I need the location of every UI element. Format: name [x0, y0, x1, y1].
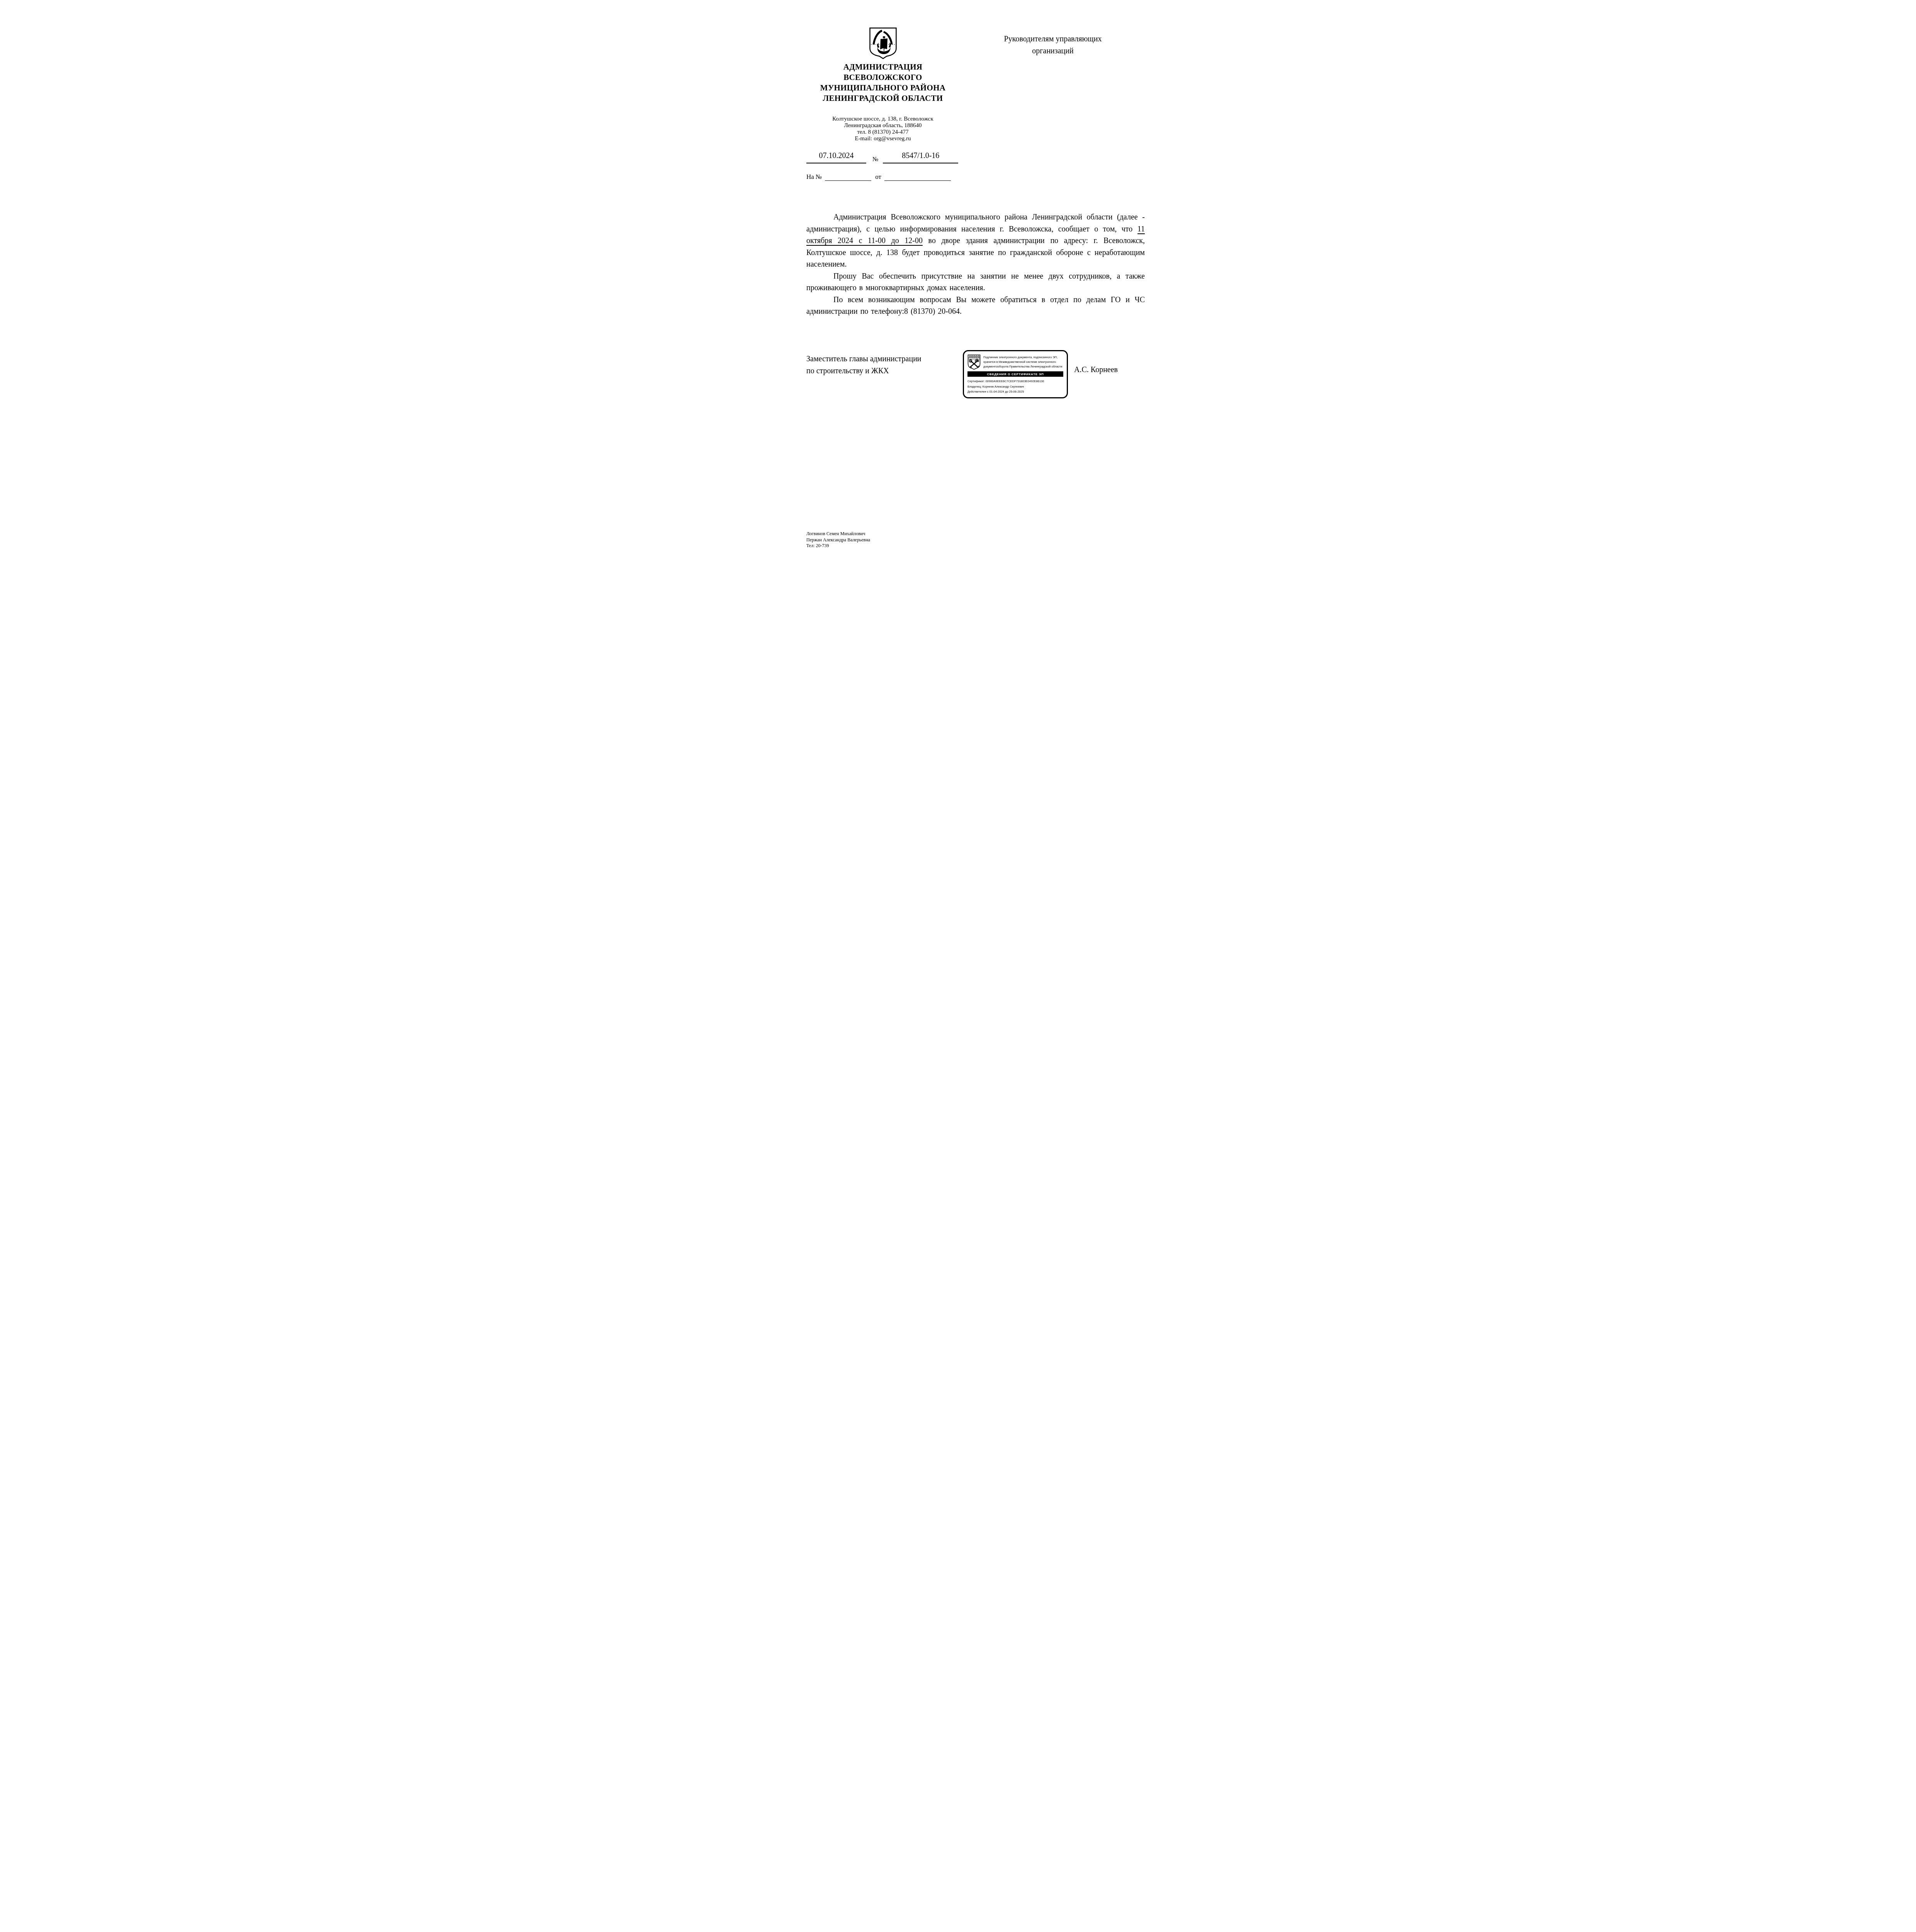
- executor-contacts: Логвинов Семен Михайлович Пержан Алексан…: [806, 531, 870, 549]
- stamp-header-text: Подлинник электронного документа, подпис…: [983, 354, 1062, 369]
- document-page: АДМИНИСТРАЦИЯ ВСЕВОЛОЖСКОГО МУНИЦИПАЛЬНО…: [745, 0, 1171, 602]
- recipient-block: Руководителям управляющих организаций: [975, 33, 1131, 57]
- executor-line: Тел: 20-739: [806, 543, 870, 549]
- address-line: Колтушское шоссе, д. 138, г. Всеволожск: [784, 116, 982, 122]
- org-name-line: ЛЕНИНГРАДСКОЙ ОБЛАСТИ: [784, 93, 982, 104]
- stamp-certificate-bar: СВЕДЕНИЯ О СЕРТИФИКАТЕ ЭП: [967, 371, 1063, 377]
- stamp-owner: Владелец: Корнеев Александр Сергеевич: [967, 384, 1063, 389]
- stamp-header-line: Подлинник электронного документа, подпис…: [983, 355, 1062, 360]
- address-line: Ленинградская область, 188640: [784, 122, 982, 129]
- letter-body: Администрация Всеволожского муниципально…: [806, 211, 1145, 318]
- electronic-signature-stamp: Подлинник электронного документа, подпис…: [963, 350, 1068, 398]
- recipient-line: организаций: [975, 45, 1131, 57]
- vsevolozhsk-coat-of-arms-icon: [869, 27, 897, 60]
- p1-text-before: Администрация Всеволожского муниципально…: [806, 213, 1145, 233]
- executor-line: Логвинов Семен Михайлович: [806, 531, 870, 537]
- signer-title: Заместитель главы администрации по строи…: [806, 353, 972, 377]
- reply-prefix-label: На №: [806, 173, 822, 181]
- org-name-line: ВСЕВОЛОЖСКОГО: [784, 72, 982, 83]
- letter-date: 07.10.2024: [806, 151, 866, 163]
- stamp-header-line: хранится в Межведомственной системе элек…: [983, 360, 1062, 364]
- recipient-line: Руководителям управляющих: [975, 33, 1131, 45]
- reply-reference-row: На № от: [806, 173, 951, 181]
- stamp-top-section: Подлинник электронного документа, подпис…: [967, 354, 1063, 370]
- org-address: Колтушское шоссе, д. 138, г. Всеволожск …: [784, 116, 982, 142]
- signer-title-line: по строительству и ЖКХ: [806, 365, 972, 377]
- org-emblem: [869, 27, 897, 61]
- reply-date-blank: [884, 173, 951, 181]
- reply-from-label: от: [875, 173, 881, 181]
- signer-name: А.С. Корнеев: [1074, 366, 1118, 374]
- stamp-details: Сертификат: 00900A9EEE6C7CEDF731803E0492…: [967, 379, 1063, 395]
- org-name-line: АДМИНИСТРАЦИЯ: [784, 62, 982, 72]
- body-paragraph-2: Прошу Вас обеспечить присутствие на заня…: [806, 270, 1145, 294]
- number-sign: №: [872, 156, 878, 163]
- stamp-header-line: документооборота Правительства Ленинград…: [983, 364, 1062, 369]
- address-line: тел. 8 (81370) 24-477: [784, 129, 982, 136]
- reply-number-blank: [825, 173, 871, 181]
- reference-row: 07.10.2024 № 8547/1.0-16: [806, 151, 958, 163]
- stamp-validity: Действителен с 01-04-2024 до 25-06-2025: [967, 389, 1063, 395]
- executor-line: Пержан Александра Валерьевна: [806, 537, 870, 543]
- body-paragraph-3: По всем возникающим вопросам Вы можете о…: [806, 294, 1145, 318]
- letter-number: 8547/1.0-16: [883, 151, 958, 163]
- org-name: АДМИНИСТРАЦИЯ ВСЕВОЛОЖСКОГО МУНИЦИПАЛЬНО…: [784, 62, 982, 104]
- body-paragraph-1: Администрация Всеволожского муниципально…: [806, 211, 1145, 270]
- leningrad-oblast-coat-of-arms-icon: [967, 354, 981, 370]
- stamp-certificate-number: Сертификат: 00900A9EEE6C7CEDF731803E0492…: [967, 379, 1063, 384]
- signer-title-line: Заместитель главы администрации: [806, 353, 972, 365]
- address-line: E-mail: org@vsevreg.ru: [784, 136, 982, 142]
- org-name-line: МУНИЦИПАЛЬНОГО РАЙОНА: [784, 83, 982, 93]
